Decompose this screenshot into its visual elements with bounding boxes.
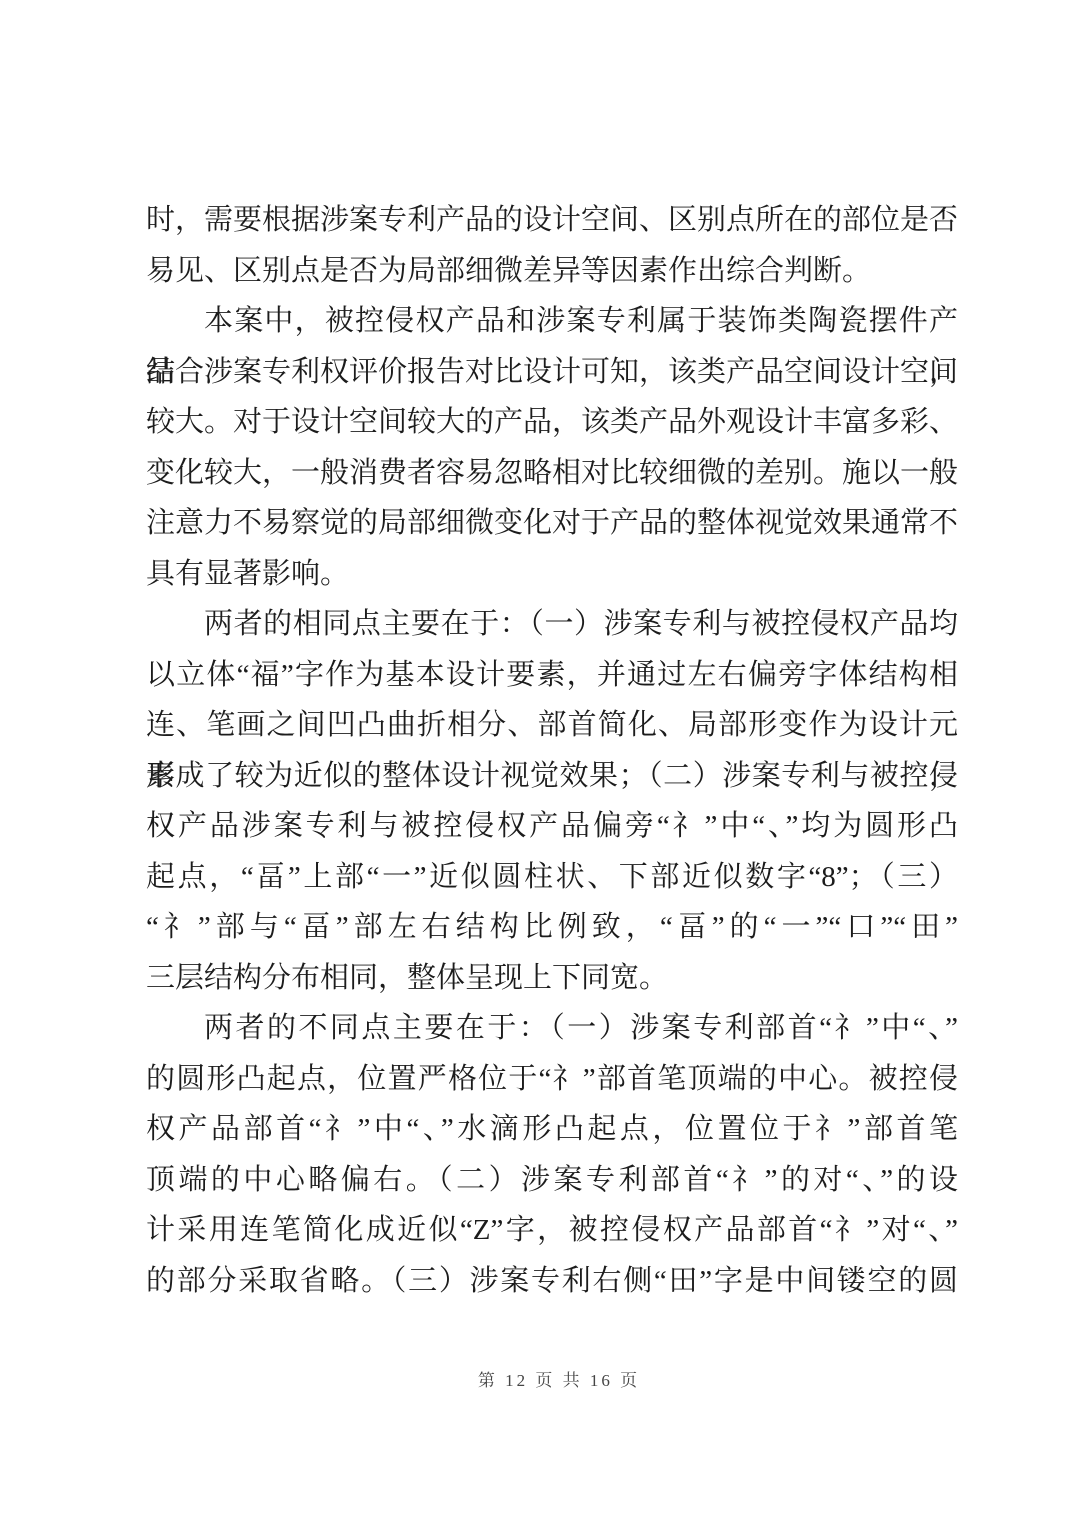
- text-line: 两者的不同点主要在于：（一）涉案专利部首“礻”中“、”: [146, 1003, 958, 1054]
- text-line: 形成了较为近似的整体设计视觉效果；（二）涉案专利与被控侵: [146, 751, 958, 802]
- text-line: 易见、区别点是否为局部细微差异等因素作出综合判断。: [146, 246, 958, 297]
- text-line: 的圆形凸起点，位置严格位于“礻”部首笔顶端的中心。被控侵: [146, 1054, 958, 1105]
- text-line: 注意力不易察觉的局部细微变化对于产品的整体视觉效果通常不: [146, 498, 958, 549]
- text-line: 顶端的中心略偏右。（二）涉案专利部首“礻”的对“、”的设: [146, 1155, 958, 1206]
- text-line: “礻”部与“畐”部左右结构比例致，“畐”的“一”“口”“田”: [146, 902, 958, 953]
- text-line: 三层结构分布相同，整体呈现上下同宽。: [146, 953, 958, 1004]
- text-line: 权产品涉案专利与被控侵权产品偏旁“礻”中“、”均为圆形凸: [146, 801, 958, 852]
- text-line: 变化较大，一般消费者容易忽略相对比较细微的差别。施以一般: [146, 448, 958, 499]
- text-line: 起点，“畐”上部“一”近似圆柱状、下部近似数字“8”；（三）: [146, 852, 958, 903]
- text-line: 较大。对于设计空间较大的产品，该类产品外观设计丰富多彩、: [146, 397, 958, 448]
- text-line: 以立体“福”字作为基本设计要素，并通过左右偏旁字体结构相: [146, 650, 958, 701]
- text-line: 两者的相同点主要在于：（一）涉案专利与被控侵权产品均: [146, 599, 958, 650]
- text-line: 本案中，被控侵权产品和涉案专利属于装饰类陶瓷摆件产品，: [146, 296, 958, 347]
- text-line: 时，需要根据涉案专利产品的设计空间、区别点所在的部位是否: [146, 195, 958, 246]
- page-number-text: 第 12 页 共 16 页: [478, 1371, 640, 1390]
- text-line: 计采用连笔简化成近似“Z”字，被控侵权产品部首“礻”对“、”: [146, 1205, 958, 1256]
- text-line: 结合涉案专利权评价报告对比设计可知，该类产品空间设计空间: [146, 347, 958, 398]
- document-body: 时，需要根据涉案专利产品的设计空间、区别点所在的部位是否易见、区别点是否为局部细…: [146, 195, 958, 1306]
- text-line: 连、笔画之间凹凸曲折相分、部首简化、局部形变作为设计元素，: [146, 700, 958, 751]
- text-line: 具有显著影响。: [146, 549, 958, 600]
- page-footer: 第 12 页 共 16 页: [153, 1370, 965, 1392]
- document-page: 时，需要根据涉案专利产品的设计空间、区别点所在的部位是否易见、区别点是否为局部细…: [0, 0, 1074, 1520]
- text-line: 权产品部首“礻”中“、”水滴形凸起点，位置位于礻”部首笔: [146, 1104, 958, 1155]
- text-line: 的部分采取省略。（三）涉案专利右侧“田”字是中间镂空的圆: [146, 1256, 958, 1307]
